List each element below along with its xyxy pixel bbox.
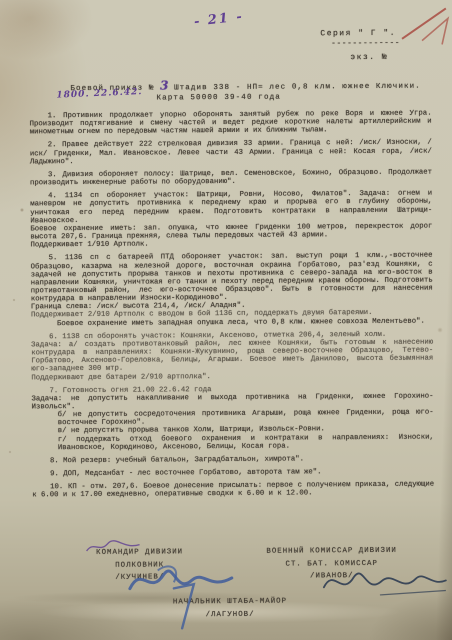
commissar-name: /ИВАНОВ/ xyxy=(242,572,422,581)
order-paragraph: 4. 1134 сп обороняет участок: Шатрищи, Р… xyxy=(30,190,432,225)
map-reference: Карта 50000 39-40 года xyxy=(156,94,281,103)
order-body: 1. Противник продолжает упорно оборонять… xyxy=(30,105,435,500)
order-paragraph: Поддерживает 1/910 Артполк. xyxy=(30,239,432,250)
page-number-handwritten: - 21 - xyxy=(193,9,244,29)
red-pencil-mark xyxy=(398,4,450,48)
order-title-suffix: Штадив 338 - НП= лес 0,8 клм. южнее Ключ… xyxy=(174,83,421,93)
commissar-rank: СТ. БАТ. КОМИССАР xyxy=(242,559,422,568)
datetime-handwritten: 1800. 22.6.42. xyxy=(56,87,142,101)
order-paragraph: 3. Дивизия обороняет полосу: Шатрище, ве… xyxy=(30,168,432,187)
order-paragraph: 2. Правее действует 222 стрелковая дивиз… xyxy=(30,139,432,166)
order-paragraph: 9. ДОП, Медсанбат - лес восточнее Горбат… xyxy=(32,468,434,479)
signature-block: КОМАНДИР ДИВИЗИИ ПОЛКОВНИК /КУЧИНЕВ/ ВОЕ… xyxy=(2,546,452,549)
commander-signature-column: КОМАНДИР ДИВИЗИИ ПОЛКОВНИК /КУЧИНЕВ/ xyxy=(60,548,220,587)
document-scan: - 21 - Серия " Г ". ------------- экз. №… xyxy=(0,0,452,640)
chief-title: НАЧАЛЬНИК ШТАБА-МАЙОР xyxy=(120,597,340,607)
chief-of-staff-column: НАЧАЛЬНИК ШТАБА-МАЙОР /ЛАГУНОВ/ xyxy=(120,597,340,624)
commissar-signature-column: ВОЕННЫЙ КОМИССАР ДИВИЗИИ СТ. БАТ. КОМИСС… xyxy=(242,547,422,586)
commissar-title: ВОЕННЫЙ КОМИССАР ДИВИЗИИ xyxy=(242,547,422,556)
ekz-label: экз. № xyxy=(350,53,388,62)
order-paragraph: 5. 1136 сп с батареей ПТД обороняет учас… xyxy=(31,252,433,304)
order-paragraph: Задача: а/ создать противотанковый район… xyxy=(31,338,433,373)
order-paragraph: 8. Мой резерв: учебный батальон, Заградб… xyxy=(32,454,434,465)
commander-title: КОМАНДИР ДИВИЗИИ xyxy=(60,548,220,557)
order-paragraph: 10. КП - отм. 207,6. Боевое донесение пр… xyxy=(32,481,434,500)
chief-name: /ЛАГУНОВ/ xyxy=(120,610,340,620)
document-content: - 21 - Серия " Г ". ------------- экз. №… xyxy=(0,0,452,640)
seriya-label: Серия " Г ". xyxy=(320,29,396,39)
order-paragraph: Поддерживают две батареи 2/910 артполка"… xyxy=(31,371,433,382)
commander-name: /КУЧИНЕВ/ xyxy=(60,573,220,582)
order-paragraph: г/ поддержать отход боевого охранения и … xyxy=(32,433,434,452)
order-paragraph: 1. Противник продолжает упорно оборонять… xyxy=(30,110,432,137)
seriya-underline: ------------- xyxy=(331,39,400,48)
commander-rank: ПОЛКОВНИК xyxy=(60,561,220,570)
order-number-handwritten: 3 xyxy=(160,78,168,92)
